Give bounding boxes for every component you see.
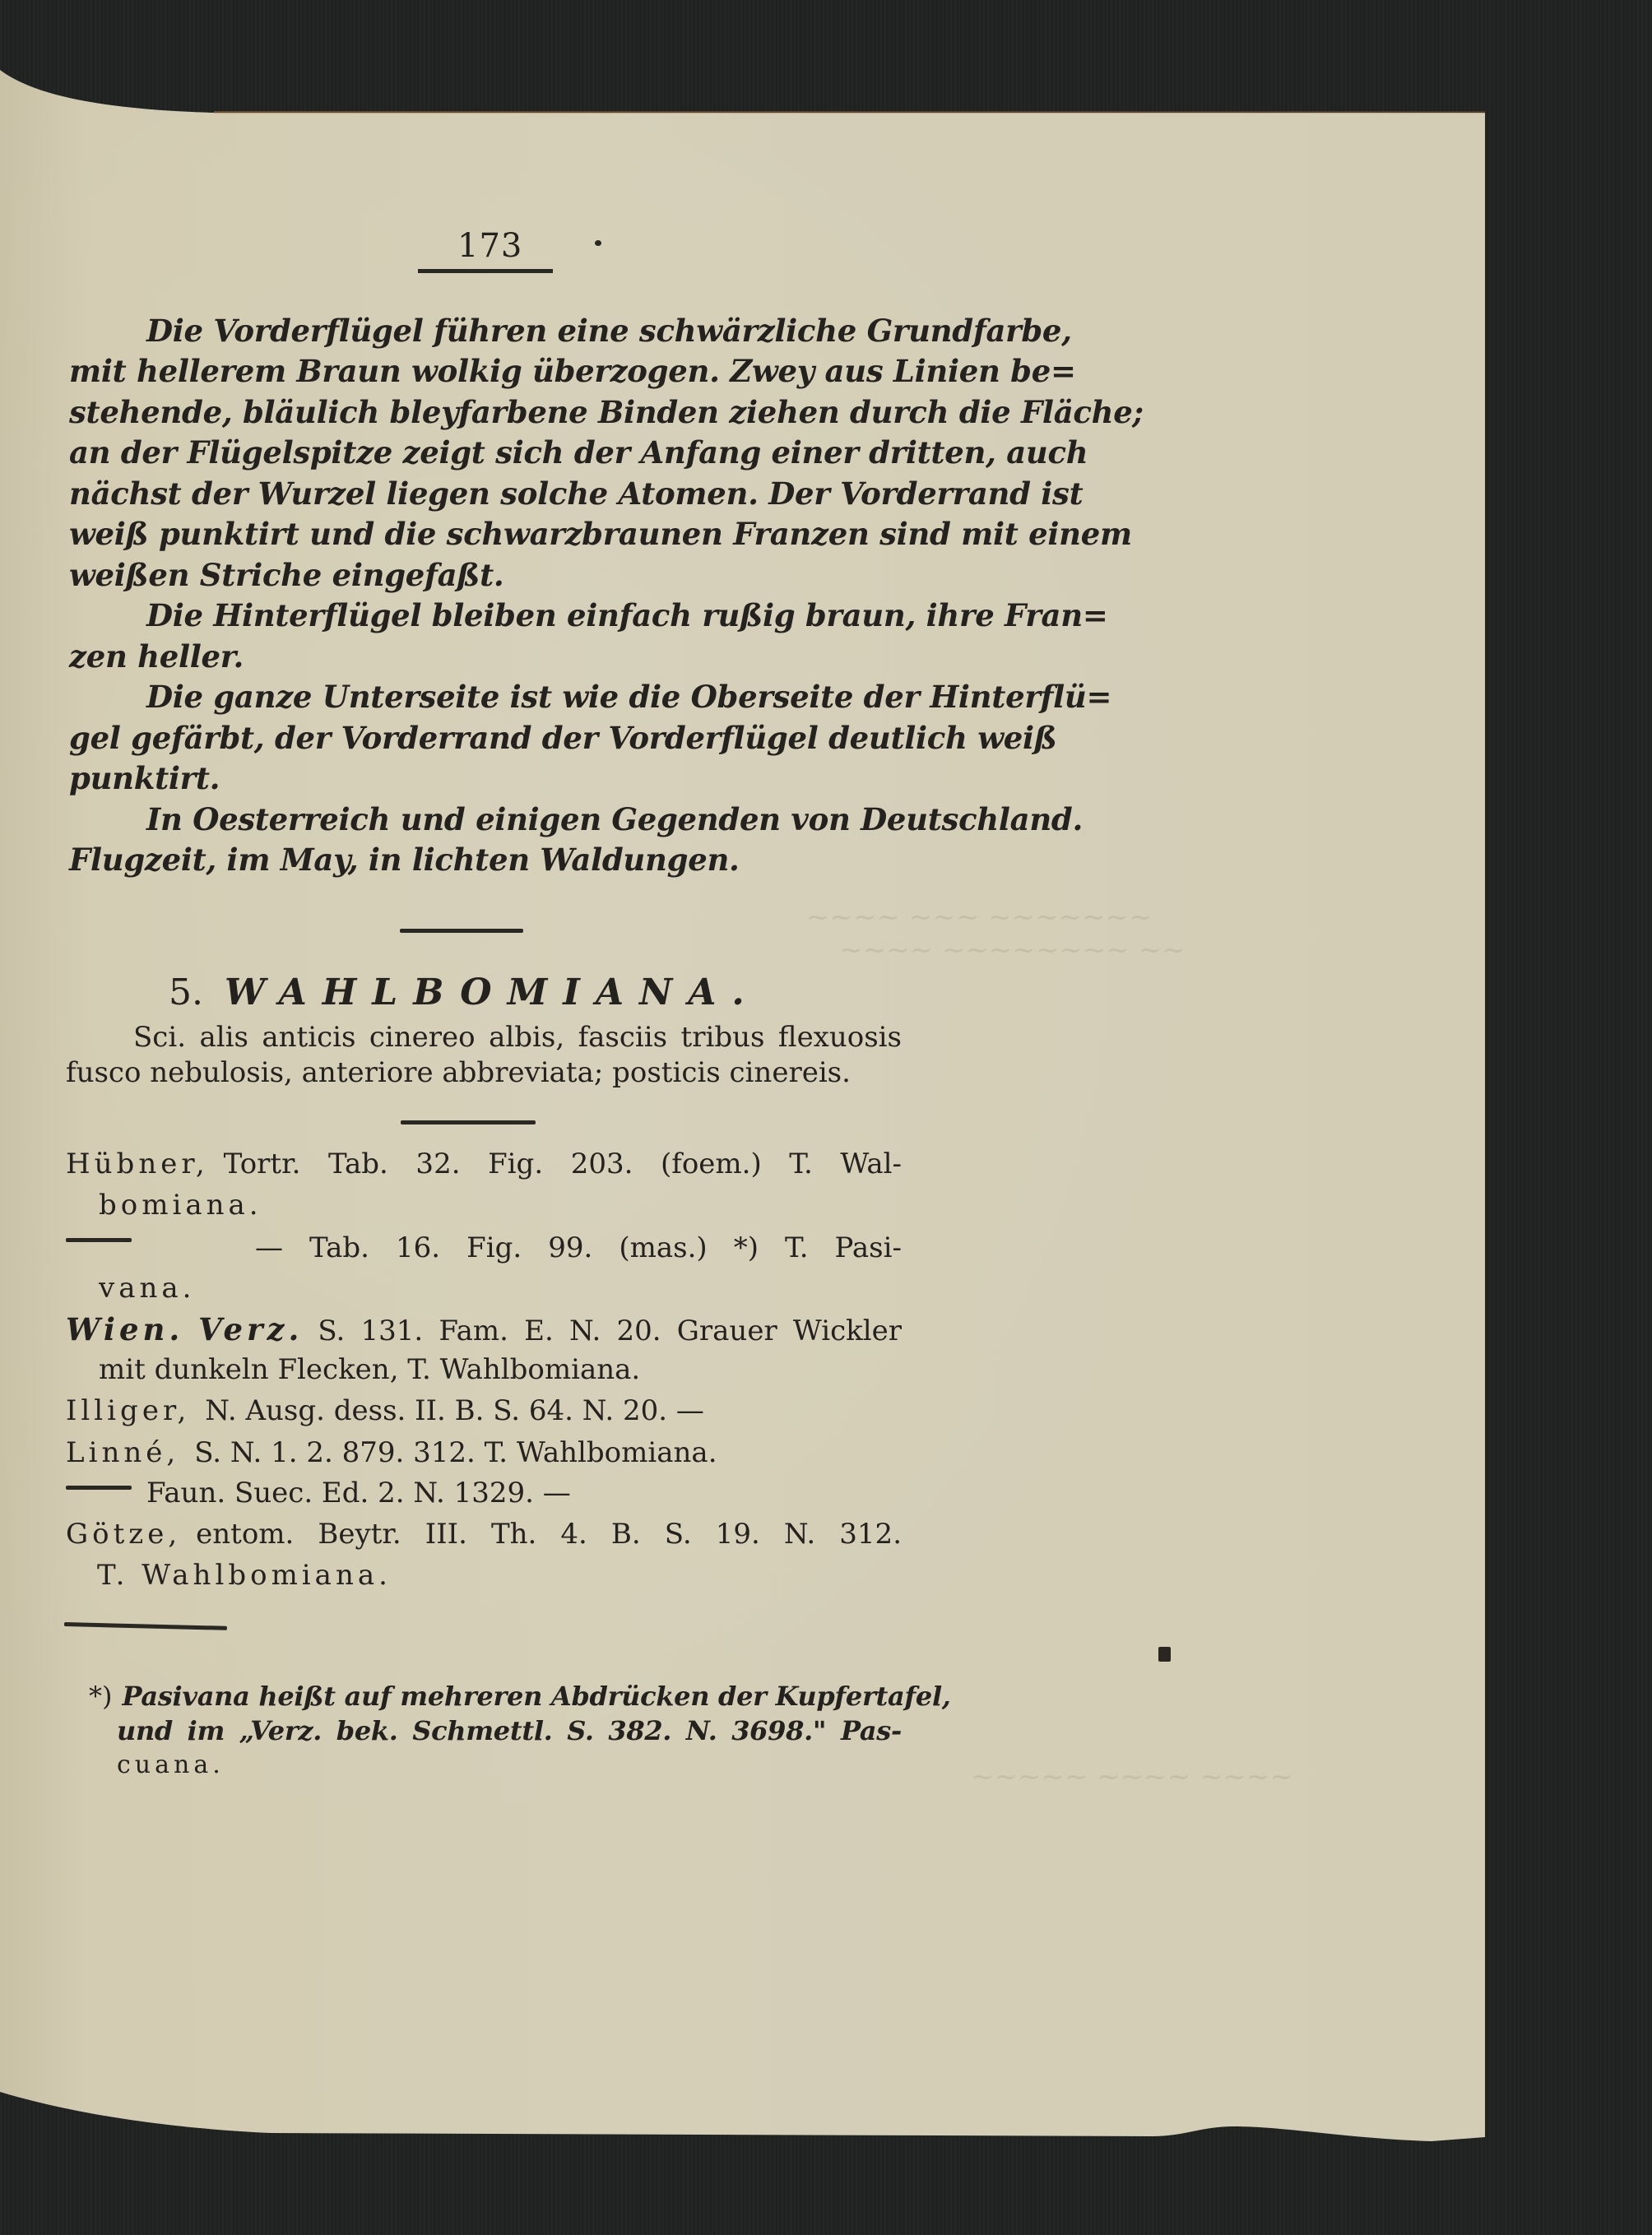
species-name: WAHLBOMIANA. bbox=[225, 971, 760, 1013]
reference-author: Götze, bbox=[66, 1520, 181, 1548]
bleed-through-text: ~~~~ ~~~ ~~~~~~~ bbox=[806, 901, 1152, 934]
page-top-edge bbox=[214, 111, 1485, 114]
reference-continuation: mit dunkeln Flecken, T. Wahlbomiana. bbox=[99, 1356, 640, 1384]
species-number: 5. bbox=[169, 971, 203, 1013]
reference-author: Hübner, bbox=[66, 1150, 209, 1178]
text-line: an der Flügelspitze zeigt sich der Anfan… bbox=[69, 438, 902, 468]
reference-entry: — Tab. 16. Fig. 99. (mas.) *) T. Pasi- bbox=[66, 1234, 902, 1262]
page-number-rule bbox=[418, 269, 553, 273]
text-line: mit hellerem Braun wolkig überzogen. Zwe… bbox=[69, 356, 902, 387]
text-line: stehende, bläulich bleyfarbene Binden zi… bbox=[69, 397, 902, 428]
page-number: 173 bbox=[457, 227, 522, 265]
footnote-text: Pasivana heißt auf mehreren Abdrücken de… bbox=[122, 1683, 950, 1709]
text-line: nächst der Wurzel liegen solche Atomen. … bbox=[69, 479, 902, 509]
footnote-line: *) Pasivana heißt auf mehreren Abdrücken… bbox=[89, 1683, 902, 1709]
reference-entry: Illiger, N. Ausg. dess. II. B. S. 64. N.… bbox=[66, 1397, 704, 1425]
text-line: weiß punktirt und die schwarzbraunen Fra… bbox=[69, 519, 902, 549]
text-line: zen heller. bbox=[69, 642, 244, 672]
text-line: Flugzeit, im May, in lichten Waldungen. bbox=[69, 845, 740, 875]
reference-continuation: vana. bbox=[99, 1274, 195, 1302]
reference-text: N. Ausg. dess. II. B. S. 64. N. 20. — bbox=[205, 1397, 704, 1425]
ditto-mark bbox=[66, 1238, 132, 1242]
footnote-line: und im „Verz. bek. Schmettl. S. 382. N. … bbox=[117, 1718, 902, 1744]
text-line: Die ganze Unterseite ist wie die Obersei… bbox=[146, 682, 902, 712]
reference-text: entom. Beytr. III. Th. 4. B. S. 19. N. 3… bbox=[196, 1520, 902, 1548]
reference-entry: Götze, entom. Beytr. III. Th. 4. B. S. 1… bbox=[66, 1520, 902, 1548]
section-divider bbox=[401, 1120, 536, 1124]
footnote-line: cuana. bbox=[117, 1753, 225, 1778]
reference-continuation: bomiana. bbox=[99, 1191, 262, 1219]
reference-entry: Faun. Suec. Ed. 2. N. 1329. — bbox=[66, 1479, 571, 1507]
footnote-marker: *) bbox=[89, 1683, 112, 1709]
text-line: Die Vorderflügel führen eine schwärzlich… bbox=[146, 316, 902, 346]
paper-speck bbox=[1158, 1647, 1171, 1662]
text-line: Die Hinterflügel bleiben einfach rußig b… bbox=[146, 600, 902, 631]
reference-entry: Hübner, Tortr. Tab. 32. Fig. 203. (foem.… bbox=[66, 1150, 902, 1178]
diagnosis-line: Sci. alis anticis cinereo albis, fasciis… bbox=[133, 1023, 902, 1051]
diagnosis-line: fusco nebulosis, anteriore abbreviata; p… bbox=[66, 1059, 851, 1087]
text-line: punktirt. bbox=[69, 763, 220, 794]
text-line: In Oesterreich und einigen Gegenden von … bbox=[146, 805, 902, 835]
reference-author: Wien. Verz. bbox=[66, 1315, 303, 1345]
text-line: weißen Striche eingefaßt. bbox=[69, 560, 503, 591]
reference-author: Linné, bbox=[66, 1439, 179, 1467]
reference-entry: Linné, S. N. 1. 2. 879. 312. T. Wahlbomi… bbox=[66, 1439, 717, 1467]
section-divider bbox=[400, 929, 523, 933]
text-line: gel gefärbt, der Vorderrand der Vorderfl… bbox=[69, 723, 902, 754]
bleed-through-text: ~~~~~ ~~~~ ~~~~ bbox=[971, 1760, 1293, 1793]
species-heading: 5.WAHLBOMIANA. bbox=[169, 971, 760, 1013]
ditto-mark bbox=[66, 1486, 132, 1490]
reference-text: S. N. 1. 2. 879. 312. T. Wahlbomiana. bbox=[194, 1439, 717, 1467]
reference-text: Tortr. Tab. 32. Fig. 203. (foem.) T. Wal… bbox=[224, 1150, 902, 1178]
reference-author: Illiger, bbox=[66, 1397, 190, 1425]
reference-continuation: T. Wahlbomiana. bbox=[97, 1561, 392, 1589]
bleed-through-text: ~~~~ ~~~~~~~~ ~~ bbox=[839, 934, 1185, 967]
reference-entry: Wien. Verz. S. 131. Fam. E. N. 20. Graue… bbox=[66, 1315, 902, 1345]
reference-text: S. 131. Fam. E. N. 20. Grauer Wickler bbox=[318, 1317, 902, 1345]
reference-text: Faun. Suec. Ed. 2. N. 1329. — bbox=[146, 1479, 571, 1507]
reference-text: — Tab. 16. Fig. 99. (mas.) *) T. Pasi- bbox=[255, 1234, 902, 1262]
paper-speck bbox=[595, 240, 601, 246]
